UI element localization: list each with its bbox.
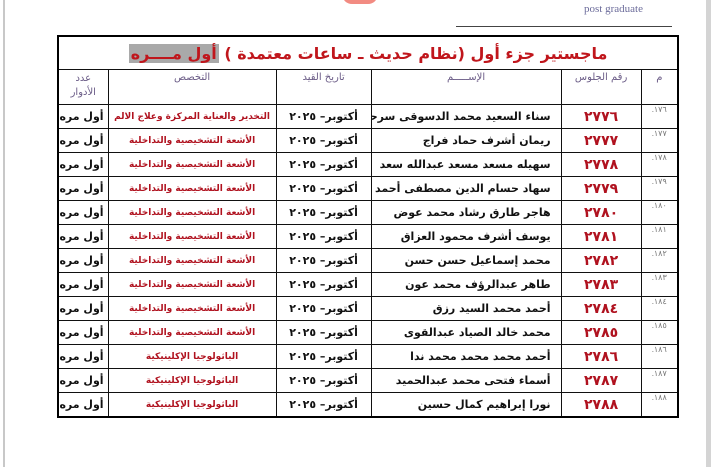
attempts: أول مره [58, 105, 108, 129]
specialty: الأشعة التشخيصية والتداخلية [108, 177, 276, 201]
row-index: ١٨٠. [641, 201, 678, 225]
attempts: أول مره [58, 129, 108, 153]
seat-number: ٢٧٧٩ [561, 177, 641, 201]
student-name: ريمان أشرف حماد فراج [371, 129, 561, 153]
row-index: ١٧٩. [641, 177, 678, 201]
attempts: أول مره [58, 321, 108, 345]
seat-number: ٢٧٧٧ [561, 129, 641, 153]
row-index: ١٨١. [641, 225, 678, 249]
row-index: ١٨٨. [641, 393, 678, 418]
title-row: ماجستير جزء أول (نظام حديث ـ ساعات معتمد… [58, 36, 678, 70]
enroll-date: أكتوبر– ٢٠٢٥ [276, 273, 371, 297]
table-body: ١٧٦. ٢٧٧٦ سناء السعيد محمد الدسوقى سرحان… [58, 105, 678, 418]
enroll-date: أكتوبر– ٢٠٢٥ [276, 201, 371, 225]
specialty: الأشعة التشخيصية والتداخلية [108, 225, 276, 249]
enroll-date: أكتوبر– ٢٠٢٥ [276, 105, 371, 129]
table-row: ١٨٢. ٢٧٨٢ محمد إسماعيل حسن حسن أكتوبر– ٢… [58, 249, 678, 273]
table-title: ماجستير جزء أول (نظام حديث ـ ساعات معتمد… [58, 36, 678, 70]
page-edge-left [3, 0, 5, 467]
seat-number: ٢٧٧٦ [561, 105, 641, 129]
student-name: طاهر عبدالرؤف محمد عون [371, 273, 561, 297]
student-name: سهيله مسعد مسعد عبدالله سعد [371, 153, 561, 177]
specialty: الأشعة التشخيصية والتداخلية [108, 153, 276, 177]
seat-number: ٢٧٨٦ [561, 345, 641, 369]
enroll-date: أكتوبر– ٢٠٢٥ [276, 249, 371, 273]
table-row: ١٨٨. ٢٧٨٨ نورا إبراهيم كمال حسين أكتوبر–… [58, 393, 678, 418]
row-index: ١٨٥. [641, 321, 678, 345]
title-highlight: أول مــــره [129, 44, 219, 63]
student-name: أسماء فتحى محمد عبدالحميد [371, 369, 561, 393]
specialty: الأشعة التشخيصية والتداخلية [108, 297, 276, 321]
specialty: الأشعة التشخيصية والتداخلية [108, 273, 276, 297]
attempts: أول مره [58, 345, 108, 369]
enroll-date: أكتوبر– ٢٠٢٥ [276, 225, 371, 249]
row-index: ١٨٧. [641, 369, 678, 393]
title-main: ماجستير جزء أول (نظام حديث ـ ساعات معتمد… [219, 44, 608, 63]
table-row: ١٧٨. ٢٧٧٨ سهيله مسعد مسعد عبدالله سعد أك… [58, 153, 678, 177]
table-row: ١٧٦. ٢٧٧٦ سناء السعيد محمد الدسوقى سرحان… [58, 105, 678, 129]
row-index: ١٧٨. [641, 153, 678, 177]
seat-number: ٢٧٨٨ [561, 393, 641, 418]
student-name: سهاد حسام الدين مصطفى أحمد محفوظ [371, 177, 561, 201]
department-label: post graduate [584, 3, 643, 15]
row-index: ١٧٦. [641, 105, 678, 129]
student-name: محمد خالد الصياد عبدالقوى [371, 321, 561, 345]
table-row: ١٨٦. ٢٧٨٦ أحمد محمد محمد محمد ندا أكتوبر… [58, 345, 678, 369]
enroll-date: أكتوبر– ٢٠٢٥ [276, 393, 371, 418]
table-row: ١٧٩. ٢٧٧٩ سهاد حسام الدين مصطفى أحمد محف… [58, 177, 678, 201]
seat-number: ٢٧٨٥ [561, 321, 641, 345]
row-index: ١٨٤. [641, 297, 678, 321]
header-row: م رقم الجلوس الإســـــم تاريخ القيد التخ… [58, 70, 678, 105]
enroll-date: أكتوبر– ٢٠٢٥ [276, 345, 371, 369]
attempts: أول مره [58, 369, 108, 393]
results-table: ماجستير جزء أول (نظام حديث ـ ساعات معتمد… [57, 35, 679, 418]
table-row: ١٨٧. ٢٧٨٧ أسماء فتحى محمد عبدالحميد أكتو… [58, 369, 678, 393]
col-header-name: الإســـــم [371, 70, 561, 105]
col-header-index: م [641, 70, 678, 105]
specialty: الباثولوجيا الإكلينيكية [108, 345, 276, 369]
specialty: الأشعة التشخيصية والتداخلية [108, 201, 276, 225]
attempts: أول مره [58, 177, 108, 201]
seat-number: ٢٧٧٨ [561, 153, 641, 177]
attempts: أول مره [58, 249, 108, 273]
col-header-seat: رقم الجلوس [561, 70, 641, 105]
attempts: أول مره [58, 153, 108, 177]
student-name: أحمد محمد السيد رزق [371, 297, 561, 321]
row-index: ١٨٢. [641, 249, 678, 273]
enroll-date: أكتوبر– ٢٠٢٥ [276, 321, 371, 345]
seat-number: ٢٧٨٣ [561, 273, 641, 297]
table-row: ١٨٠. ٢٧٨٠ هاجر طارق رشاد محمد عوض أكتوبر… [58, 201, 678, 225]
col-header-specialty: التخصص [108, 70, 276, 105]
specialty: الباثولوجيا الإكلينيكية [108, 369, 276, 393]
specialty: الأشعة التشخيصية والتداخلية [108, 129, 276, 153]
table-row: ١٧٧. ٢٧٧٧ ريمان أشرف حماد فراج أكتوبر– ٢… [58, 129, 678, 153]
col-header-attempts: عدد الأدوار [58, 70, 108, 105]
specialty: التخدير والعناية المركزة وعلاج الالم [108, 105, 276, 129]
student-name: أحمد محمد محمد محمد ندا [371, 345, 561, 369]
table-row: ١٨٤. ٢٧٨٤ أحمد محمد السيد رزق أكتوبر– ٢٠… [58, 297, 678, 321]
seat-number: ٢٧٨٢ [561, 249, 641, 273]
seat-number: ٢٧٨٤ [561, 297, 641, 321]
enroll-date: أكتوبر– ٢٠٢٥ [276, 297, 371, 321]
table-row: ١٨٣. ٢٧٨٣ طاهر عبدالرؤف محمد عون أكتوبر–… [58, 273, 678, 297]
student-name: محمد إسماعيل حسن حسن [371, 249, 561, 273]
seat-number: ٢٧٨٧ [561, 369, 641, 393]
attempts: أول مره [58, 273, 108, 297]
table-row: ١٨٥. ٢٧٨٥ محمد خالد الصياد عبدالقوى أكتو… [58, 321, 678, 345]
student-name: هاجر طارق رشاد محمد عوض [371, 201, 561, 225]
student-name: يوسف أشرف محمود العزاق [371, 225, 561, 249]
specialty: الأشعة التشخيصية والتداخلية [108, 249, 276, 273]
seat-number: ٢٧٨١ [561, 225, 641, 249]
row-index: ١٨٣. [641, 273, 678, 297]
logo-icon [342, 0, 378, 4]
scrollbar-edge [706, 0, 711, 467]
row-index: ١٧٧. [641, 129, 678, 153]
row-index: ١٨٦. [641, 345, 678, 369]
specialty: الأشعة التشخيصية والتداخلية [108, 321, 276, 345]
enroll-date: أكتوبر– ٢٠٢٥ [276, 129, 371, 153]
col-header-enroll-date: تاريخ القيد [276, 70, 371, 105]
attempts: أول مره [58, 297, 108, 321]
enroll-date: أكتوبر– ٢٠٢٥ [276, 153, 371, 177]
attempts: أول مره [58, 201, 108, 225]
header-divider [456, 26, 672, 27]
enroll-date: أكتوبر– ٢٠٢٥ [276, 177, 371, 201]
student-name: نورا إبراهيم كمال حسين [371, 393, 561, 418]
attempts: أول مره [58, 393, 108, 418]
attempts: أول مره [58, 225, 108, 249]
seat-number: ٢٧٨٠ [561, 201, 641, 225]
student-name: سناء السعيد محمد الدسوقى سرحان [371, 105, 561, 129]
table-row: ١٨١. ٢٧٨١ يوسف أشرف محمود العزاق أكتوبر–… [58, 225, 678, 249]
specialty: الباثولوجيا الإكلينيكية [108, 393, 276, 418]
enroll-date: أكتوبر– ٢٠٢٥ [276, 369, 371, 393]
